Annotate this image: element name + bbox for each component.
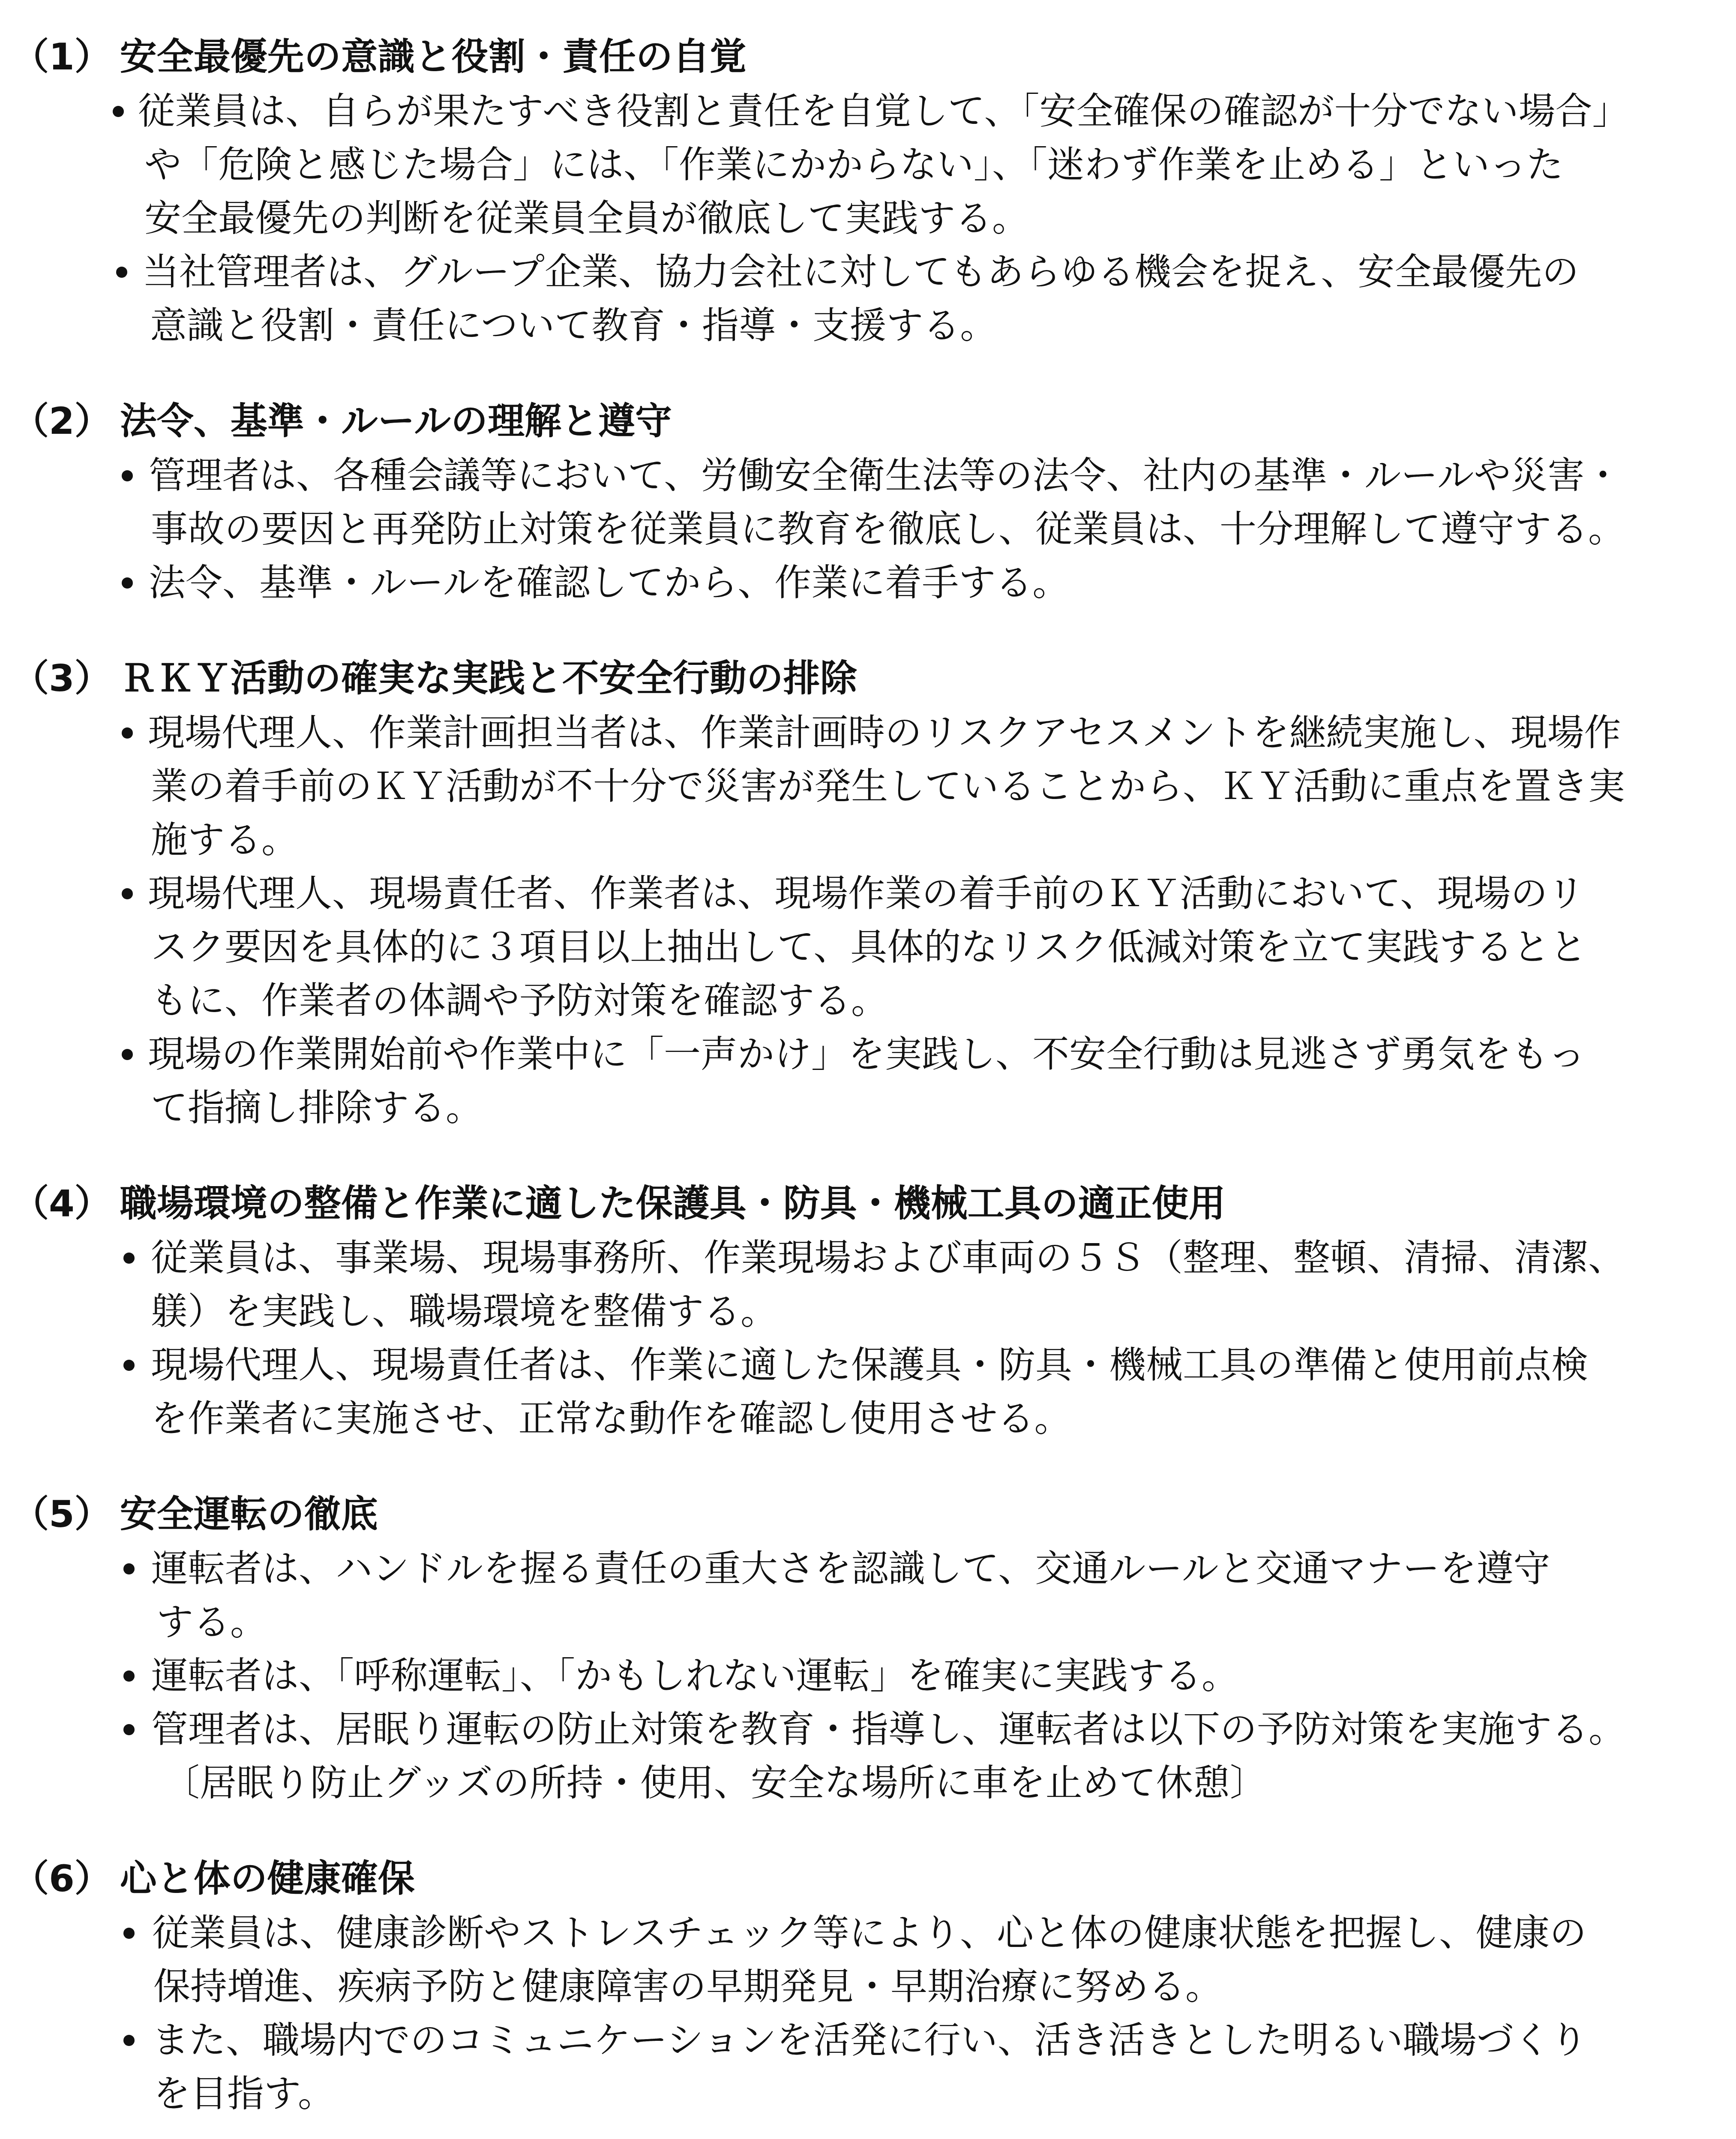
section-heading-6: （6）心と体の健康確保 bbox=[12, 1855, 415, 1902]
bullet-line: 現場代理人、現場責任者、作業者は、現場作業の着手前のＫＹ活動において、現場のリ bbox=[148, 870, 1584, 917]
bullet-line: 意識と役割・責任について教育・指導・支援する。 bbox=[150, 302, 997, 349]
bullet-icon bbox=[122, 888, 133, 899]
bullet-line: 業の着手前のＫＹ活動が不十分で災害が発生していることから、ＫＹ活動に重点を置き実 bbox=[151, 763, 1625, 810]
bullet-line: また、職場内でのコミュニケーションを活発に行い、活き活きとした明るい職場づくり bbox=[152, 2017, 1587, 2064]
bullet-line: 現場代理人、現場責任者は、作業に適した保護具・防具・機械工具の準備と使用前点検 bbox=[151, 1342, 1588, 1389]
section-number: （4） bbox=[12, 1180, 111, 1227]
section-number: （1） bbox=[12, 33, 111, 81]
section-title: 安全運転の徹底 bbox=[120, 1491, 378, 1538]
bullet-line: 現場の作業開始前や作業中に「一声かけ」を実践し、不安全行動は見逃さず勇気をもっ bbox=[148, 1031, 1585, 1078]
bullet-icon bbox=[123, 1360, 135, 1371]
bullet-line: もに、作業者の体調や予防対策を確認する。 bbox=[151, 977, 888, 1024]
bullet-line: 〔居眠り防止グッズの所持・使用、安全な場所に車を止めて休憩〕 bbox=[163, 1760, 1267, 1807]
bullet-line: 法令、基準・ルールを確認してから、作業に着手する。 bbox=[149, 559, 1069, 607]
section-heading-5: （5）安全運転の徹底 bbox=[12, 1491, 378, 1538]
bullet-line: 従業員は、事業場、現場事務所、作業現場および車両の５Ｓ（整理、整頓、清掃、清潔、 bbox=[151, 1235, 1625, 1282]
section-number: （2） bbox=[12, 398, 111, 445]
bullet-icon bbox=[116, 267, 127, 278]
section-title: 法令、基準・ルールの理解と遵守 bbox=[120, 398, 672, 445]
bullet-line: スク要因を具体的に３項目以上抽出して、具体的なリスク低減対策を立て実践するとと bbox=[151, 924, 1587, 971]
bullet-line: 現場代理人、作業計画担当者は、作業計画時のリスクアセスメントを継続実施し、現場作 bbox=[148, 709, 1621, 757]
bullet-line: 従業員は、健康診断やストレスチェック等により、心と体の健康状態を把握し、健康の bbox=[152, 1910, 1586, 1957]
bullet-line: 保持増進、疾病予防と健康障害の早期発見・早期治療に努める。 bbox=[153, 1963, 1222, 2010]
bullet-line: 管理者は、各種会議等において、労働安全衛生法等の法令、社内の基準・ルールや災害・ bbox=[149, 452, 1622, 499]
bullet-line: を目指す。 bbox=[153, 2070, 335, 2118]
bullet-line: や「危険と感じた場合」には、「作業にかからない」、「迷わず作業を止める」といった bbox=[144, 141, 1563, 189]
bullet-line: 施する。 bbox=[151, 817, 298, 864]
bullet-line: 従業員は、自らが果たすべき役割と責任を自覚して、「安全確保の確認が十分でない場合… bbox=[138, 88, 1629, 135]
bullet-icon bbox=[122, 577, 133, 589]
bullet-icon bbox=[123, 1724, 135, 1735]
bullet-icon bbox=[122, 1049, 133, 1060]
bullet-icon bbox=[123, 2035, 135, 2046]
section-heading-2: （2）法令、基準・ルールの理解と遵守 bbox=[12, 398, 672, 445]
section-title: 安全最優先の意識と役割・責任の自覚 bbox=[120, 33, 747, 81]
section-number: （3） bbox=[12, 655, 111, 702]
bullet-line: 当社管理者は、グループ企業、協力会社に対してもあらゆる機会を捉え、安全最優先の bbox=[142, 249, 1579, 296]
bullet-line: 躾）を実践し、職場環境を整備する。 bbox=[151, 1288, 777, 1335]
bullet-icon bbox=[123, 1253, 135, 1264]
section-heading-1: （1）安全最優先の意識と役割・責任の自覚 bbox=[12, 33, 747, 81]
section-title: ＲＫＹ活動の確実な実践と不安全行動の排除 bbox=[120, 655, 857, 702]
section-title: 職場環境の整備と作業に適した保護具・防具・機械工具の適正使用 bbox=[120, 1180, 1226, 1227]
section-number: （5） bbox=[12, 1491, 111, 1538]
section-heading-3: （3）ＲＫＹ活動の確実な実践と不安全行動の排除 bbox=[12, 655, 857, 702]
bullet-line: する。 bbox=[156, 1599, 267, 1646]
bullet-line: 管理者は、居眠り運転の防止対策を教育・指導し、運転者は以下の予防対策を実施する。 bbox=[151, 1706, 1625, 1753]
bullet-icon bbox=[113, 106, 124, 117]
bullet-line: 運転者は、ハンドルを握る責任の重大さを認識して、交通ルールと交通マナーを遵守 bbox=[151, 1545, 1550, 1592]
bullet-line: 安全最優先の判断を従業員全員が徹底して実践する。 bbox=[144, 195, 1029, 242]
bullet-icon bbox=[122, 727, 133, 739]
safety-policy-document: （1）安全最優先の意識と役割・責任の自覚 従業員は、自らが果たすべき役割と責任を… bbox=[0, 0, 1736, 2139]
bullet-line: を作業者に実施させ、正常な動作を確認し使用させる。 bbox=[151, 1395, 1071, 1442]
section-heading-4: （4）職場環境の整備と作業に適した保護具・防具・機械工具の適正使用 bbox=[12, 1180, 1226, 1227]
bullet-icon bbox=[122, 470, 133, 481]
bullet-line: 事故の要因と再発防止対策を従業員に教育を徹底し、従業員は、十分理解して遵守する。 bbox=[151, 506, 1625, 553]
bullet-icon bbox=[123, 1670, 135, 1682]
section-number: （6） bbox=[12, 1855, 111, 1902]
section-title: 心と体の健康確保 bbox=[120, 1855, 415, 1902]
bullet-line: 運転者は、「呼称運転」、「かもしれない運転」を確実に実践する。 bbox=[151, 1652, 1238, 1700]
bullet-icon bbox=[123, 1563, 135, 1574]
bullet-line: て指摘し排除する。 bbox=[151, 1085, 483, 1132]
bullet-icon bbox=[123, 1928, 135, 1939]
